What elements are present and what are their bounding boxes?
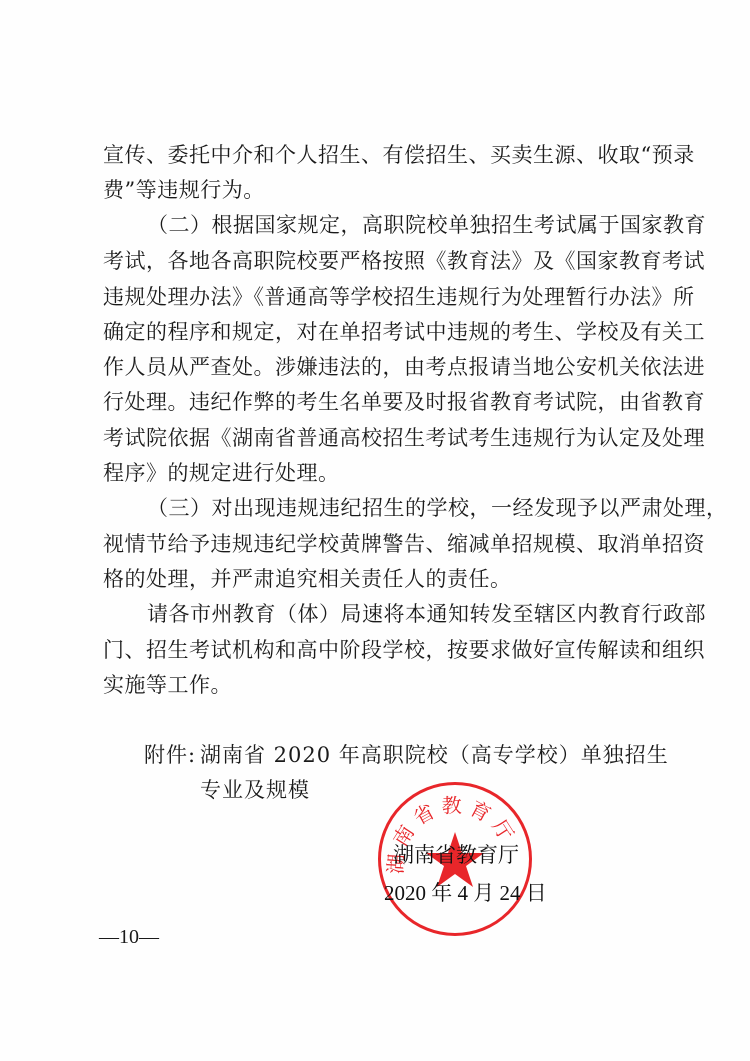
paragraph-line: （三）对出现违规违纪招生的学校，一经发现予以严肃处理， xyxy=(147,494,651,522)
paragraph-line: 费”等违规行为。 xyxy=(103,176,651,204)
paragraph-line: 视情节给予违规违纪学校黄牌警告、缩减单招规模、取消单招资 xyxy=(103,530,651,558)
paragraph-line: 行处理。违纪作弊的考生名单要及时报省教育考试院，由省教育 xyxy=(103,388,651,416)
attachment-title-cont: 专业及规模 xyxy=(200,776,310,804)
paragraph-line: 考试，各地各高职院校要严格按照《教育法》及《国家教育考试 xyxy=(103,247,651,275)
signing-organization: 湖南省教育厅 xyxy=(393,841,519,869)
page-number: —10— xyxy=(99,925,159,949)
paragraph-line: 作人员从严查处。涉嫌违法的，由考点报请当地公安机关依法进 xyxy=(103,353,651,381)
paragraph-line: 考试院依据《湖南省普通高校招生考试考生违规行为认定及处理 xyxy=(103,424,651,452)
paragraph-line: 门、招生考试机构和高中阶段学校，按要求做好宣传解读和组织 xyxy=(103,636,651,664)
paragraph-line: 宣传、委托中介和个人招生、有偿招生、买卖生源、收取“预录 xyxy=(103,141,651,169)
paragraph-line: 程序》的规定进行处理。 xyxy=(103,459,651,487)
paragraph-line: 格的处理，并严肃追究相关责任人的责任。 xyxy=(103,565,651,593)
paragraph-line: 确定的程序和规定，对在单招考试中违规的考生、学校及有关工 xyxy=(103,318,651,346)
paragraph-line: 实施等工作。 xyxy=(103,671,651,699)
attachment-title: 湖南省 2020 年高职院校（高专学校）单独招生 xyxy=(200,741,669,769)
signing-date: 2020 年 4 月 24 日 xyxy=(384,879,547,907)
paragraph-line: 请各市州教育（体）局速将本通知转发至辖区内教育行政部 xyxy=(147,600,651,628)
paragraph-line: （二）根据国家规定，高职院校单独招生考试属于国家教育 xyxy=(147,211,651,239)
attachment-label: 附件: xyxy=(144,741,196,769)
document-page: 宣传、委托中介和个人招生、有偿招生、买卖生源、收取“预录 费”等违规行为。 （二… xyxy=(0,0,750,1061)
paragraph-line: 违规处理办法》《普通高等学校招生违规行为处理暂行办法》所 xyxy=(103,283,651,311)
